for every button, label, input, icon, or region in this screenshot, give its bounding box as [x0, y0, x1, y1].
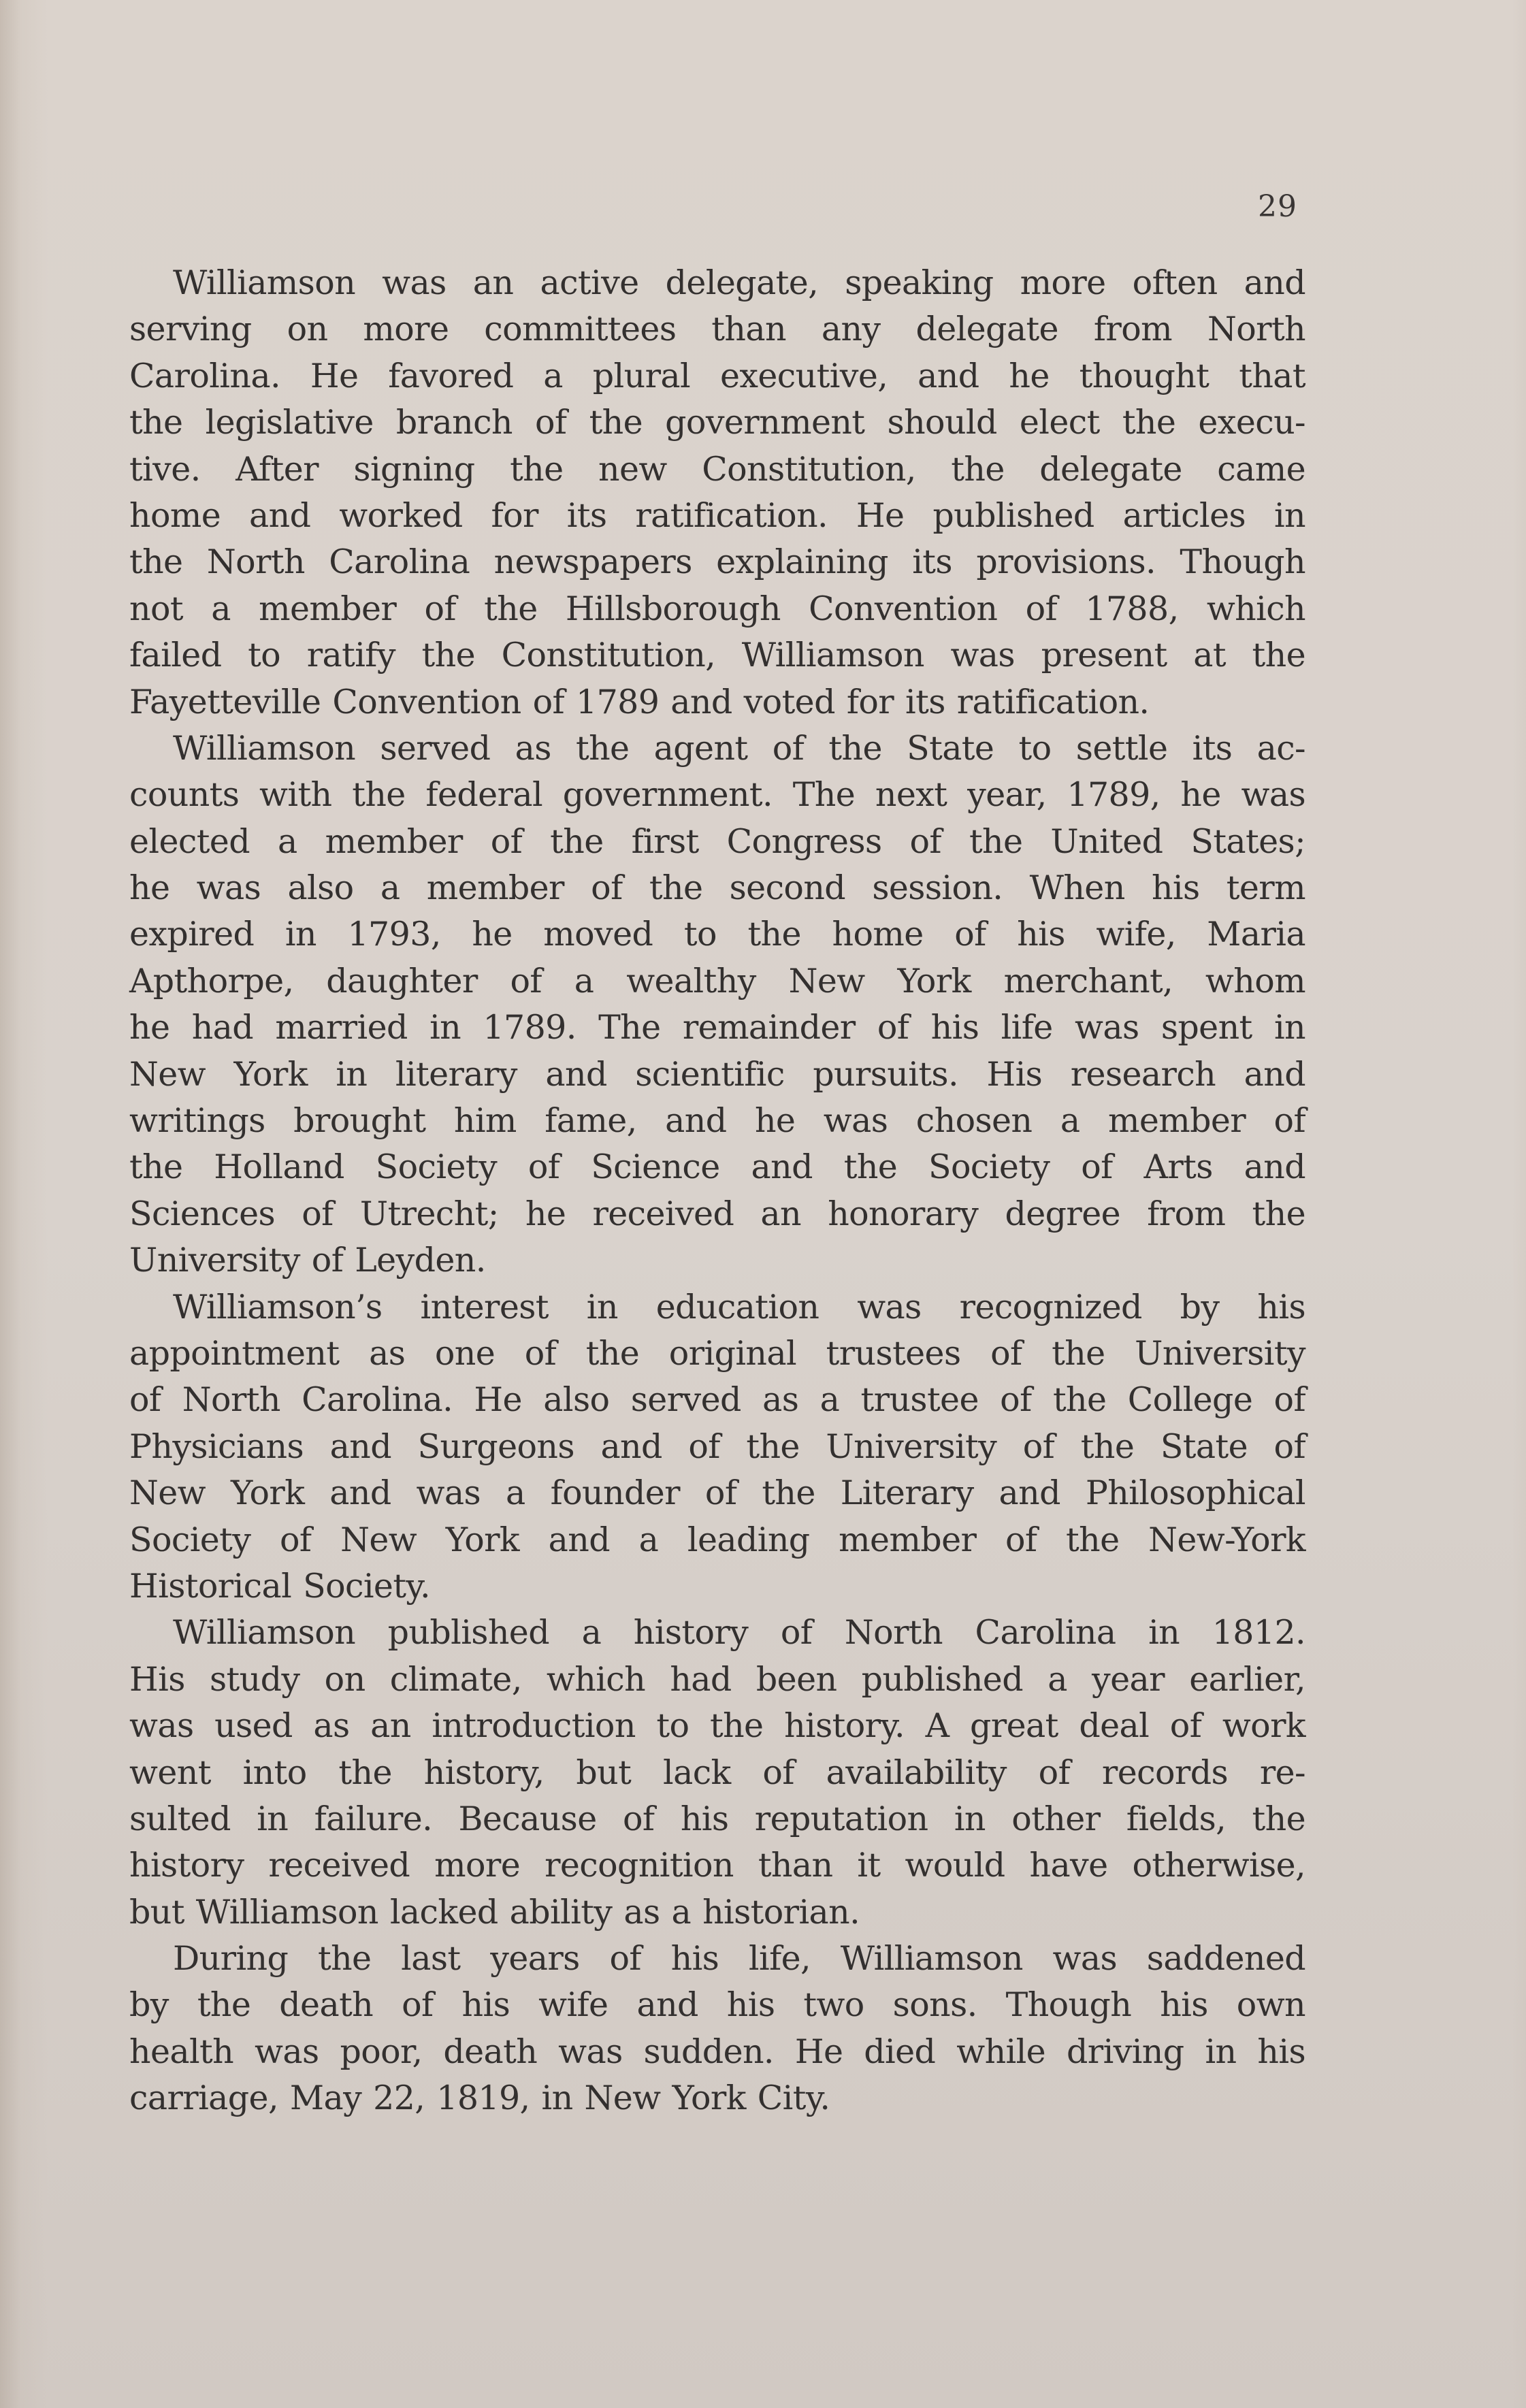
- body-text: Williamson was an active delegate, speak…: [129, 260, 1305, 2122]
- text-line: Physicians and Surgeons and of the Unive…: [129, 1424, 1305, 1470]
- text-line: During the last years of his life, Willi…: [129, 1936, 1305, 1982]
- text-line: writings brought him fame, and he was ch…: [129, 1098, 1305, 1144]
- text-line: but Williamson lacked ability as a histo…: [129, 1889, 1305, 1936]
- text-line: failed to ratify the Constitution, Willi…: [129, 632, 1305, 679]
- text-line: Society of New York and a leading member…: [129, 1517, 1305, 1563]
- text-line: carriage, May 22, 1819, in New York City…: [129, 2075, 1305, 2121]
- text-line: Williamson’s interest in education was r…: [129, 1284, 1305, 1331]
- text-line: the Holland Society of Science and the S…: [129, 1144, 1305, 1190]
- text-line: Fayetteville Convention of 1789 and vote…: [129, 679, 1305, 726]
- text-line: he had married in 1789. The remainder of…: [129, 1005, 1305, 1051]
- text-line: health was poor, death was sudden. He di…: [129, 2029, 1305, 2075]
- text-line: the North Carolina newspapers explaining…: [129, 539, 1305, 585]
- text-line: he was also a member of the second sessi…: [129, 865, 1305, 911]
- text-line: Williamson published a history of North …: [129, 1610, 1305, 1656]
- text-line: counts with the federal government. The …: [129, 772, 1305, 818]
- text-line: of North Carolina. He also served as a t…: [129, 1377, 1305, 1423]
- text-line: His study on climate, which had been pub…: [129, 1657, 1305, 1703]
- book-page: 29 Williamson was an active delegate, sp…: [0, 0, 1526, 2408]
- text-line: New York and was a founder of the Litera…: [129, 1470, 1305, 1516]
- text-line: went into the history, but lack of avail…: [129, 1750, 1305, 1796]
- text-line: New York in literary and scientific purs…: [129, 1052, 1305, 1098]
- text-line: not a member of the Hillsborough Convent…: [129, 586, 1305, 632]
- text-line: the legislative branch of the government…: [129, 400, 1305, 446]
- text-line: Sciences of Utrecht; he received an hono…: [129, 1191, 1305, 1237]
- text-line: by the death of his wife and his two son…: [129, 1982, 1305, 2028]
- text-line: tive. After signing the new Constitution…: [129, 446, 1305, 493]
- text-line: Williamson served as the agent of the St…: [129, 726, 1305, 772]
- text-line: history received more recognition than i…: [129, 1842, 1305, 1889]
- text-line: home and worked for its ratification. He…: [129, 493, 1305, 539]
- text-line: Williamson was an active delegate, speak…: [129, 260, 1305, 306]
- text-line: appointment as one of the original trust…: [129, 1331, 1305, 1377]
- text-line: elected a member of the first Congress o…: [129, 819, 1305, 865]
- text-line: Apthorpe, daughter of a wealthy New York…: [129, 958, 1305, 1005]
- text-line: University of Leyden.: [129, 1237, 1305, 1284]
- text-line: sulted in failure. Because of his reputa…: [129, 1796, 1305, 1842]
- paragraph-2: Williamson served as the agent of the St…: [129, 726, 1305, 1284]
- text-line: Carolina. He favored a plural executive,…: [129, 353, 1305, 400]
- paragraph-1: Williamson was an active delegate, speak…: [129, 260, 1305, 726]
- paragraph-5: During the last years of his life, Willi…: [129, 1936, 1305, 2122]
- text-line: serving on more committees than any dele…: [129, 306, 1305, 353]
- paragraph-4: Williamson published a history of North …: [129, 1610, 1305, 1936]
- page-number: 29: [1258, 189, 1297, 224]
- paragraph-3: Williamson’s interest in education was r…: [129, 1284, 1305, 1610]
- text-line: expired in 1793, he moved to the home of…: [129, 911, 1305, 958]
- text-line: was used as an introduction to the histo…: [129, 1703, 1305, 1749]
- text-line: Historical Society.: [129, 1563, 1305, 1610]
